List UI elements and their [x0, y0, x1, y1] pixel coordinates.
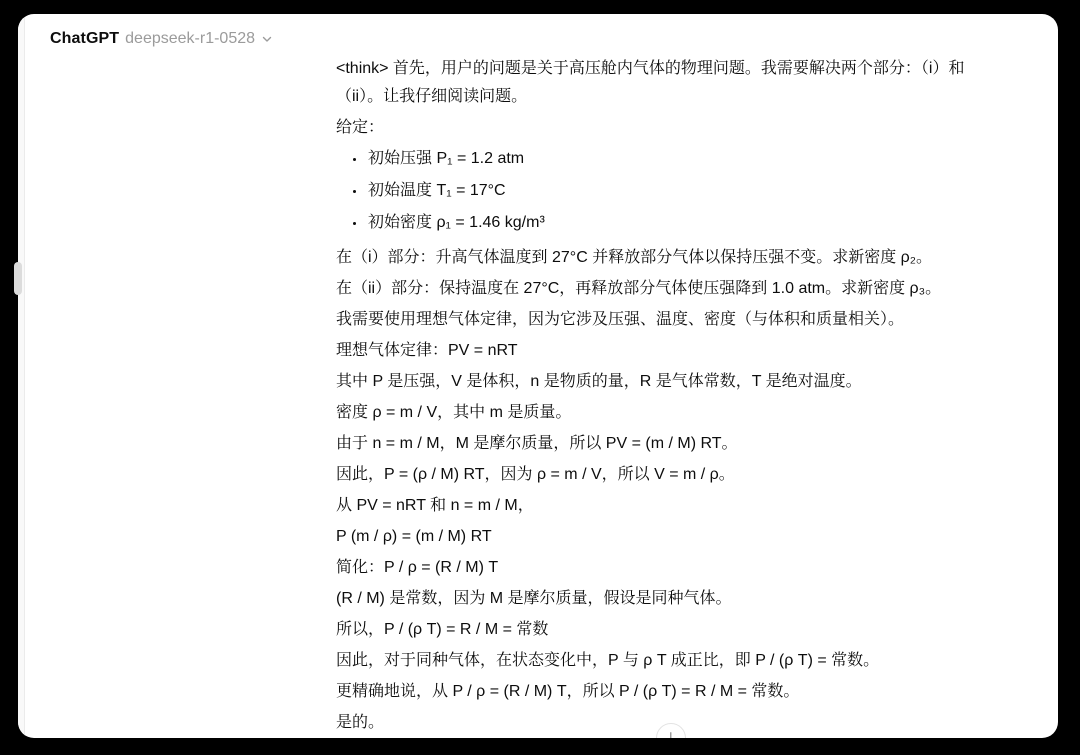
message-paragraph: 从 PV = nRT 和 n = m / M，	[336, 492, 1008, 520]
list-item: 初始压强 P₁ = 1.2 atm	[366, 145, 1008, 173]
assistant-message: <think> 首先，用户的问题是关于高压舱内气体的物理问题。我需要解决两个部分…	[336, 55, 1008, 738]
bullet-list: 初始压强 P₁ = 1.2 atm初始温度 T₁ = 17°C初始密度 ρ₁ =…	[336, 145, 1008, 237]
list-item: 初始温度 T₁ = 17°C	[366, 177, 1008, 205]
message-paragraph: 简化：P / ρ = (R / M) T	[336, 554, 1008, 582]
message-paragraph: 给定：	[336, 114, 1008, 142]
message-paragraph: 所以，P / (ρ T) = R / M = 常数	[336, 616, 1008, 644]
sidebar-toggle-handle[interactable]	[14, 262, 22, 295]
message-paragraph: P (m / ρ) = (m / M) RT	[336, 523, 1008, 551]
list-item: 初始密度 ρ₁ = 1.46 kg/m³	[366, 209, 1008, 237]
message-paragraph: 在（i）部分：升高气体温度到 27°C 并释放部分气体以保持压强不变。求新密度 …	[336, 244, 1008, 272]
message-paragraph: 在（ii）部分：保持温度在 27°C，再释放部分气体使压强降到 1.0 atm。…	[336, 275, 1008, 303]
app-title: ChatGPT	[50, 30, 119, 48]
model-name: deepseek-r1-0528	[125, 30, 255, 48]
message-paragraph: 理想气体定律：PV = nRT	[336, 337, 1008, 365]
screen-background: ChatGPT deepseek-r1-0528 <think> 首先，用户的问…	[0, 0, 1080, 755]
message-paragraph: <think> 首先，用户的问题是关于高压舱内气体的物理问题。我需要解决两个部分…	[336, 55, 1008, 111]
sidebar-rail	[18, 14, 25, 738]
message-paragraph: 其中 P 是压强，V 是体积，n 是物质的量，R 是气体常数，T 是绝对温度。	[336, 368, 1008, 396]
message-paragraph: 密度 ρ = m / V，其中 m 是质量。	[336, 399, 1008, 427]
message-paragraph: 我需要使用理想气体定律，因为它涉及压强、温度、密度（与体积和质量相关）。	[336, 306, 1008, 334]
chevron-down-icon	[261, 33, 273, 45]
message-paragraph: (R / M) 是常数，因为 M 是摩尔质量，假设是同种气体。	[336, 585, 1008, 613]
message-paragraph: 由于 n = m / M，M 是摩尔质量，所以 PV = (m / M) RT。	[336, 430, 1008, 458]
message-paragraph: 因此，P = (ρ / M) RT，因为 ρ = m / V，所以 V = m …	[336, 461, 1008, 489]
arrow-down-icon: ↓	[668, 728, 675, 738]
model-selector[interactable]: ChatGPT deepseek-r1-0528	[50, 27, 273, 51]
message-paragraph: 更精确地说，从 P / ρ = (R / M) T，所以 P / (ρ T) =…	[336, 678, 1008, 706]
chatgpt-window: ChatGPT deepseek-r1-0528 <think> 首先，用户的问…	[18, 14, 1058, 738]
message-paragraph: 因此，对于同种气体，在状态变化中，P 与 ρ T 成正比，即 P / (ρ T)…	[336, 647, 1008, 675]
